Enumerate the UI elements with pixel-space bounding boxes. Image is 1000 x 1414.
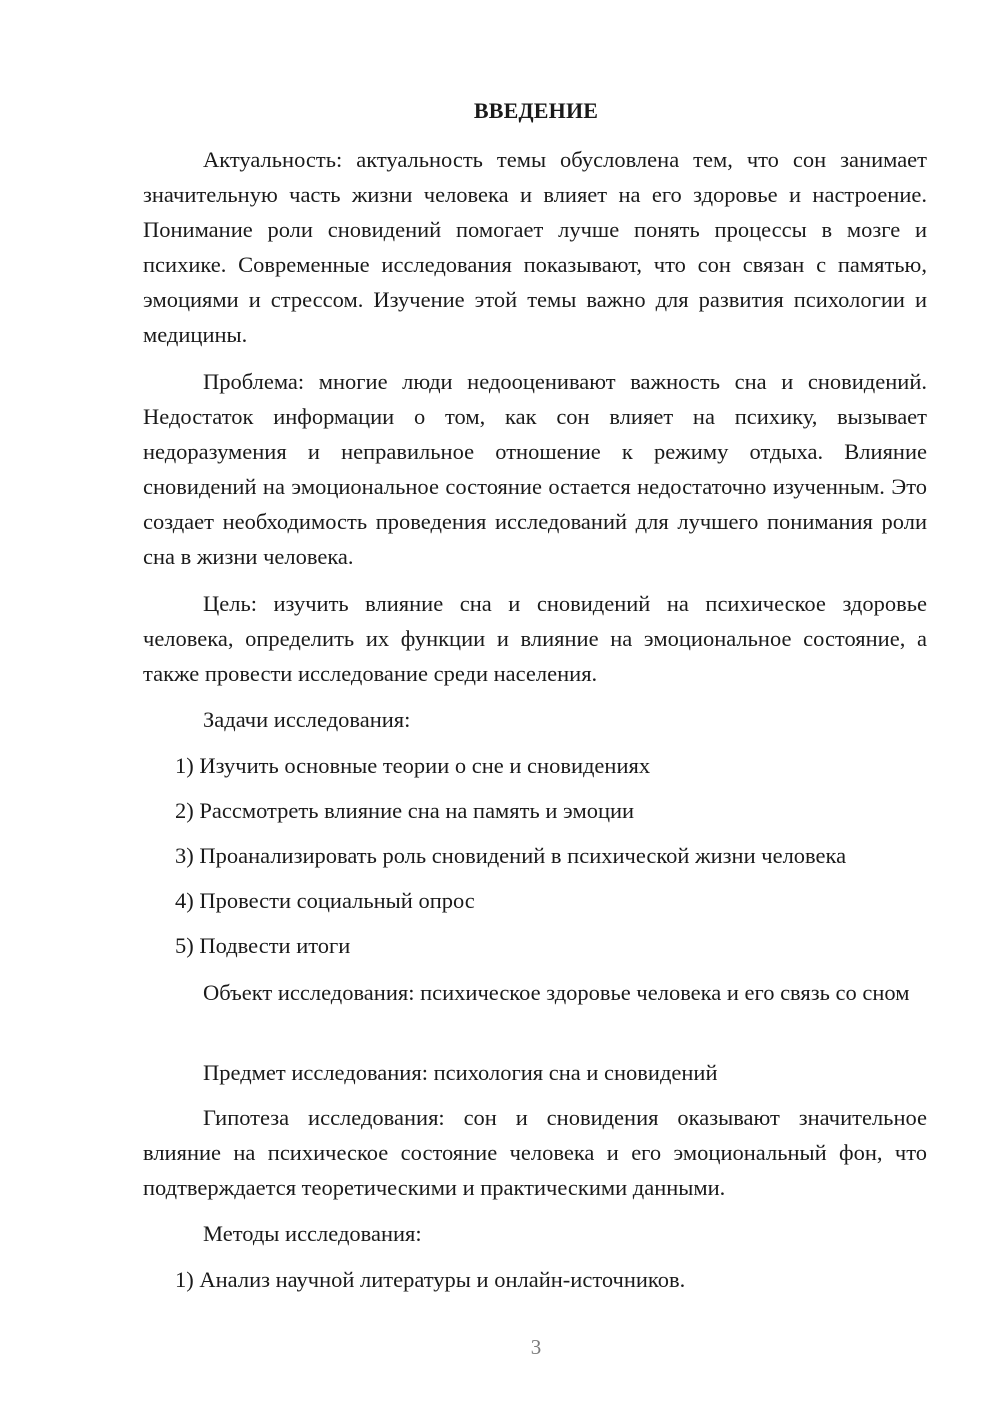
method-item-1: 1) Анализ научной литературы и онлайн-ис…	[175, 1262, 685, 1297]
paragraph-problem: Проблема: многие люди недооценивают важн…	[143, 364, 927, 574]
paragraph-hypothesis: Гипотеза исследования: сон и сновидения …	[143, 1100, 927, 1205]
task-item-1: 1) Изучить основные теории о сне и снови…	[175, 748, 650, 783]
section-heading: ВВЕДЕНИЕ	[0, 96, 1000, 126]
task-item-3: 3) Проанализировать роль сновидений в пс…	[175, 838, 846, 873]
paragraph-object: Объект исследования: психическое здоровь…	[143, 975, 927, 1010]
paragraph-goal: Цель: изучить влияние сна и сновидений н…	[143, 586, 927, 691]
paragraph-subject: Предмет исследования: психология сна и с…	[143, 1055, 927, 1090]
task-item-2: 2) Рассмотреть влияние сна на память и э…	[175, 793, 634, 828]
tasks-label: Задачи исследования:	[203, 702, 410, 737]
task-item-4: 4) Провести социальный опрос	[175, 883, 475, 918]
page-number: 3	[0, 1332, 1000, 1362]
methods-label: Методы исследования:	[203, 1216, 422, 1251]
document-page: ВВЕДЕНИЕ Актуальность: актуальность темы…	[0, 0, 1000, 1414]
paragraph-relevance: Актуальность: актуальность темы обусловл…	[143, 142, 927, 352]
task-item-5: 5) Подвести итоги	[175, 928, 350, 963]
